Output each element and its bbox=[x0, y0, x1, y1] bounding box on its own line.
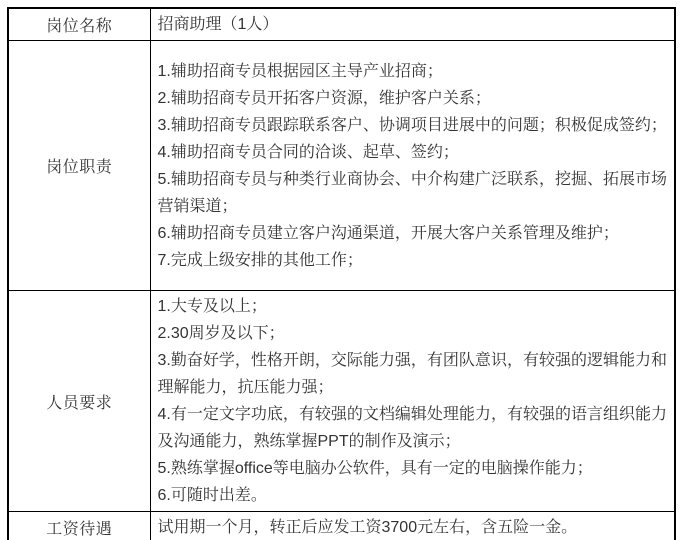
row-label-position-name: 岗位名称 bbox=[8, 8, 150, 41]
row-label-requirements: 人员要求 bbox=[8, 291, 150, 512]
duty-item-5: 5.辅助招商专员与种类行业商协会、中介构建广泛联系，挖掘、拓展市场营销渠道； bbox=[158, 166, 668, 220]
table-row-salary: 工资待遇 试用期一个月，转正后应发工资3700元左右，含五险一金。 bbox=[8, 512, 675, 540]
table-row-position-name: 岗位名称 招商助理（1人） bbox=[8, 8, 675, 41]
duty-item-7: 7.完成上级安排的其他工作； bbox=[158, 247, 668, 274]
requirement-item-5: 5.熟练掌握office等电脑办公软件，具有一定的电脑操作能力； bbox=[158, 455, 668, 482]
requirement-item-1: 1.大专及以上； bbox=[158, 293, 668, 320]
table-row-requirements: 人员要求 1.大专及以上； 2.30周岁及以下； 3.勤奋好学，性格开朗，交际能… bbox=[8, 291, 675, 512]
table-row-duties: 岗位职责 1.辅助招商专员根据园区主导产业招商； 2.辅助招商专员开拓客户资源，… bbox=[8, 41, 675, 291]
position-name-value: 招商助理（1人） bbox=[158, 11, 668, 38]
requirements-cell: 1.大专及以上； 2.30周岁及以下； 3.勤奋好学，性格开朗，交际能力强，有团… bbox=[150, 291, 675, 512]
document-page: 岗位名称 招商助理（1人） 岗位职责 1.辅助招商专员根据园区主导产业招商； 2… bbox=[0, 0, 684, 540]
duty-item-4: 4.辅助招商专员合同的洽谈、起草、签约； bbox=[158, 139, 668, 166]
requirement-item-3: 3.勤奋好学，性格开朗，交际能力强，有团队意识，有较强的逻辑能力和理解能力，抗压… bbox=[158, 347, 668, 401]
salary-value: 试用期一个月，转正后应发工资3700元左右，含五险一金。 bbox=[158, 514, 668, 540]
requirement-item-4: 4.有一定文字功底，有较强的文档编辑处理能力，有较强的语言组织能力及沟通能力，熟… bbox=[158, 401, 668, 455]
row-label-duties: 岗位职责 bbox=[8, 41, 150, 291]
requirement-item-2: 2.30周岁及以下； bbox=[158, 320, 668, 347]
position-name-cell: 招商助理（1人） bbox=[150, 8, 675, 41]
row-label-salary: 工资待遇 bbox=[8, 512, 150, 540]
duties-cell: 1.辅助招商专员根据园区主导产业招商； 2.辅助招商专员开拓客户资源，维护客户关… bbox=[150, 41, 675, 291]
duty-item-1: 1.辅助招商专员根据园区主导产业招商； bbox=[158, 58, 668, 85]
salary-cell: 试用期一个月，转正后应发工资3700元左右，含五险一金。 bbox=[150, 512, 675, 540]
job-posting-table: 岗位名称 招商助理（1人） 岗位职责 1.辅助招商专员根据园区主导产业招商； 2… bbox=[7, 7, 676, 540]
duty-item-2: 2.辅助招商专员开拓客户资源，维护客户关系； bbox=[158, 85, 668, 112]
requirement-item-6: 6.可随时出差。 bbox=[158, 482, 668, 509]
duty-item-6: 6.辅助招商专员建立客户沟通渠道，开展大客户关系管理及维护； bbox=[158, 220, 668, 247]
duty-item-3: 3.辅助招商专员跟踪联系客户、协调项目进展中的问题；积极促成签约； bbox=[158, 112, 668, 139]
